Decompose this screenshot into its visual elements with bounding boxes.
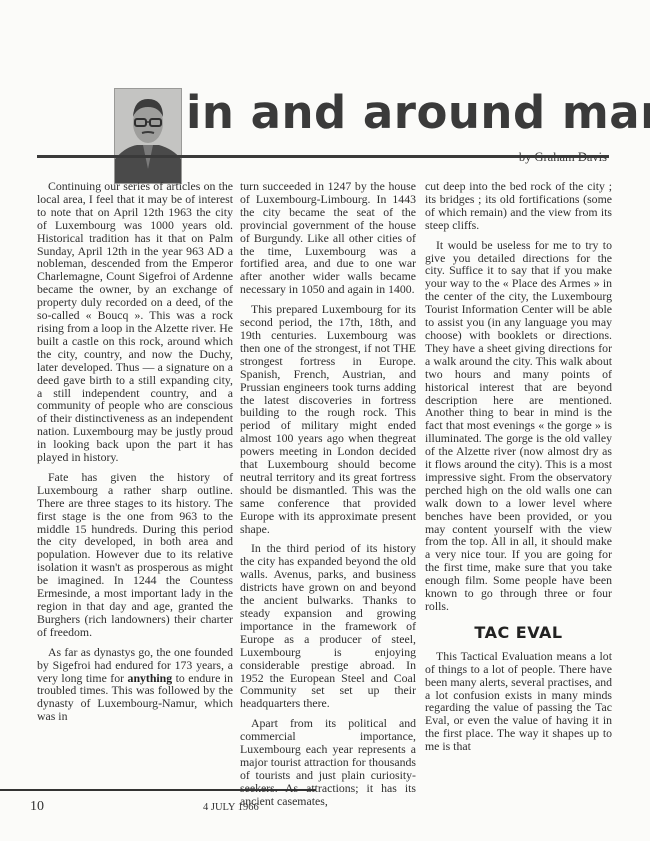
paragraph: Fate has given the history of Luxembourg…: [37, 471, 233, 639]
emphasis: anything: [128, 671, 173, 685]
footer-rule: [0, 789, 316, 791]
author-portrait-icon: [115, 89, 181, 183]
paragraph: Continuing our series of articles on the…: [37, 180, 233, 464]
author-photo: [114, 88, 182, 184]
paragraph: In the third period of its history the c…: [240, 542, 416, 710]
paragraph: This Tactical Evaluation means a lot of …: [425, 650, 612, 753]
article-column-2: turn succeeded in 1247 by the house of L…: [240, 180, 416, 815]
paragraph: Apart from its political and commercial …: [240, 717, 416, 807]
article-column-3: cut deep into the bed rock of the city ;…: [425, 180, 612, 760]
article-column-1: Continuing our series of articles on the…: [37, 180, 233, 730]
paragraph: As far as dynastys go, the one founded b…: [37, 646, 233, 723]
page-number: 10: [30, 799, 44, 815]
paragraph: turn succeeded in 1247 by the house of L…: [240, 180, 416, 296]
issue-date: 4 JULY 1966: [203, 802, 259, 813]
paragraph: cut deep into the bed rock of the city ;…: [425, 180, 612, 232]
header-rule: [37, 155, 609, 158]
paragraph: This prepared Luxembourg for its second …: [240, 303, 416, 535]
paragraph: It would be useless for me to try to giv…: [425, 239, 612, 613]
section-heading: TAC EVAL: [425, 627, 612, 640]
article-title: in and around marville: [186, 90, 650, 135]
